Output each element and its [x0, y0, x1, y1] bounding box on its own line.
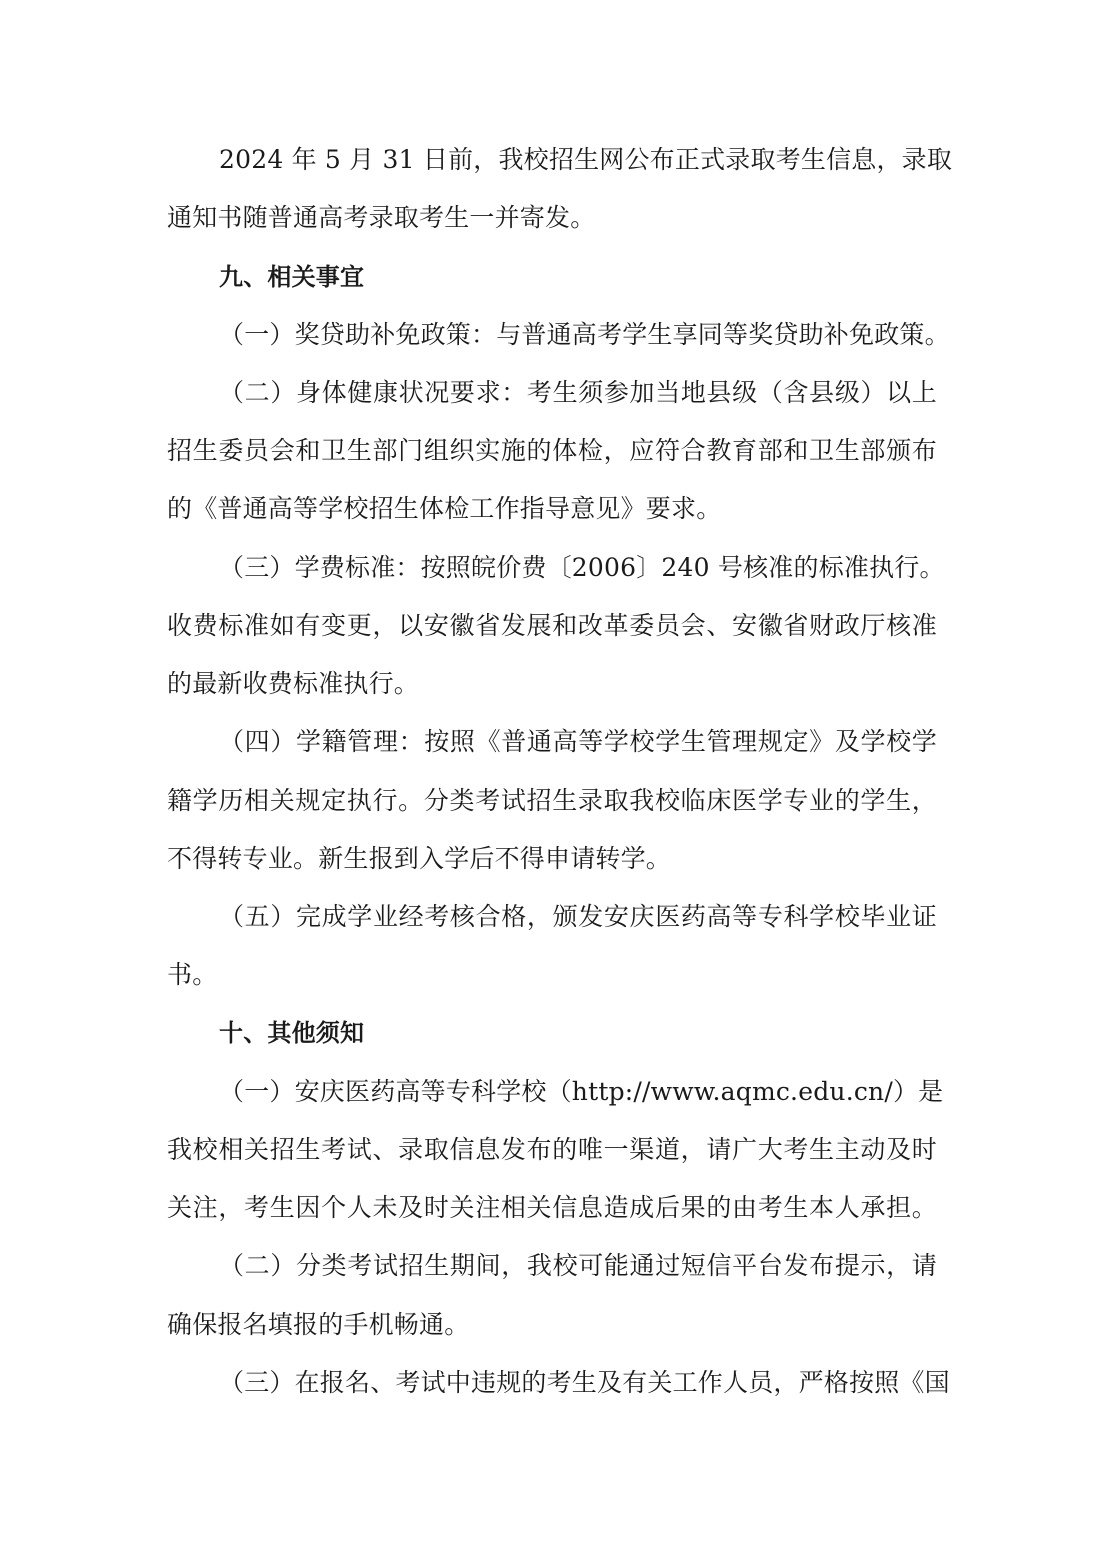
section-heading-related-matters: 九、相关事宜: [219, 257, 364, 297]
item-sms-line-1: （二）分类考试招生期间，我校可能通过短信平台发布提示，请: [219, 1246, 937, 1286]
item-health-line-1: （二）身体健康状况要求：考生须参加当地县级（含县级）以上: [219, 373, 937, 413]
item-tuition-line-1: （三）学费标准：按照皖价费〔2006〕240 号核准的标准执行。: [219, 548, 937, 588]
item-health-line-3: 的《普通高等学校招生体检工作指导意见》要求。: [167, 489, 721, 529]
item-tuition-line-2: 收费标准如有变更，以安徽省发展和改革委员会、安徽省财政厅核准: [167, 606, 937, 646]
item-official-channel-line-1: （一）安庆医药高等专科学校（http://www.aqmc.edu.cn/）是: [219, 1072, 937, 1112]
paragraph-admission-line-1: 2024 年 5 月 31 日前，我校招生网公布正式录取考生信息，录取: [219, 140, 937, 180]
paragraph-admission-line-2: 通知书随普通高考录取考生一并寄发。: [167, 198, 595, 238]
item-financial-aid-line-1: （一）奖贷助补免政策：与普通高考学生享同等奖贷助补免政策。: [219, 315, 937, 355]
item-official-channel-line-3: 关注，考生因个人未及时关注相关信息造成后果的由考生本人承担。: [167, 1188, 937, 1228]
item-graduation-line-2: 书。: [167, 955, 217, 995]
item-official-channel-line-2: 我校相关招生考试、录取信息发布的唯一渠道，请广大考生主动及时: [167, 1130, 937, 1170]
item-student-status-line-2: 籍学历相关规定执行。分类考试招生录取我校临床医学专业的学生，: [167, 781, 937, 821]
item-health-line-2: 招生委员会和卫生部门组织实施的体检，应符合教育部和卫生部颁布: [167, 431, 937, 471]
item-sms-line-2: 确保报名填报的手机畅通。: [167, 1305, 469, 1345]
item-violations-line-1: （三）在报名、考试中违规的考生及有关工作人员，严格按照《国: [219, 1363, 937, 1403]
item-graduation-line-1: （五）完成学业经考核合格，颁发安庆医药高等专科学校毕业证: [219, 897, 937, 937]
item-tuition-line-3: 的最新收费标准执行。: [167, 664, 419, 704]
section-heading-other-notices: 十、其他须知: [219, 1013, 364, 1053]
item-student-status-line-3: 不得转专业。新生报到入学后不得申请转学。: [167, 839, 671, 879]
item-student-status-line-1: （四）学籍管理：按照《普通高等学校学生管理规定》及学校学: [219, 722, 937, 762]
